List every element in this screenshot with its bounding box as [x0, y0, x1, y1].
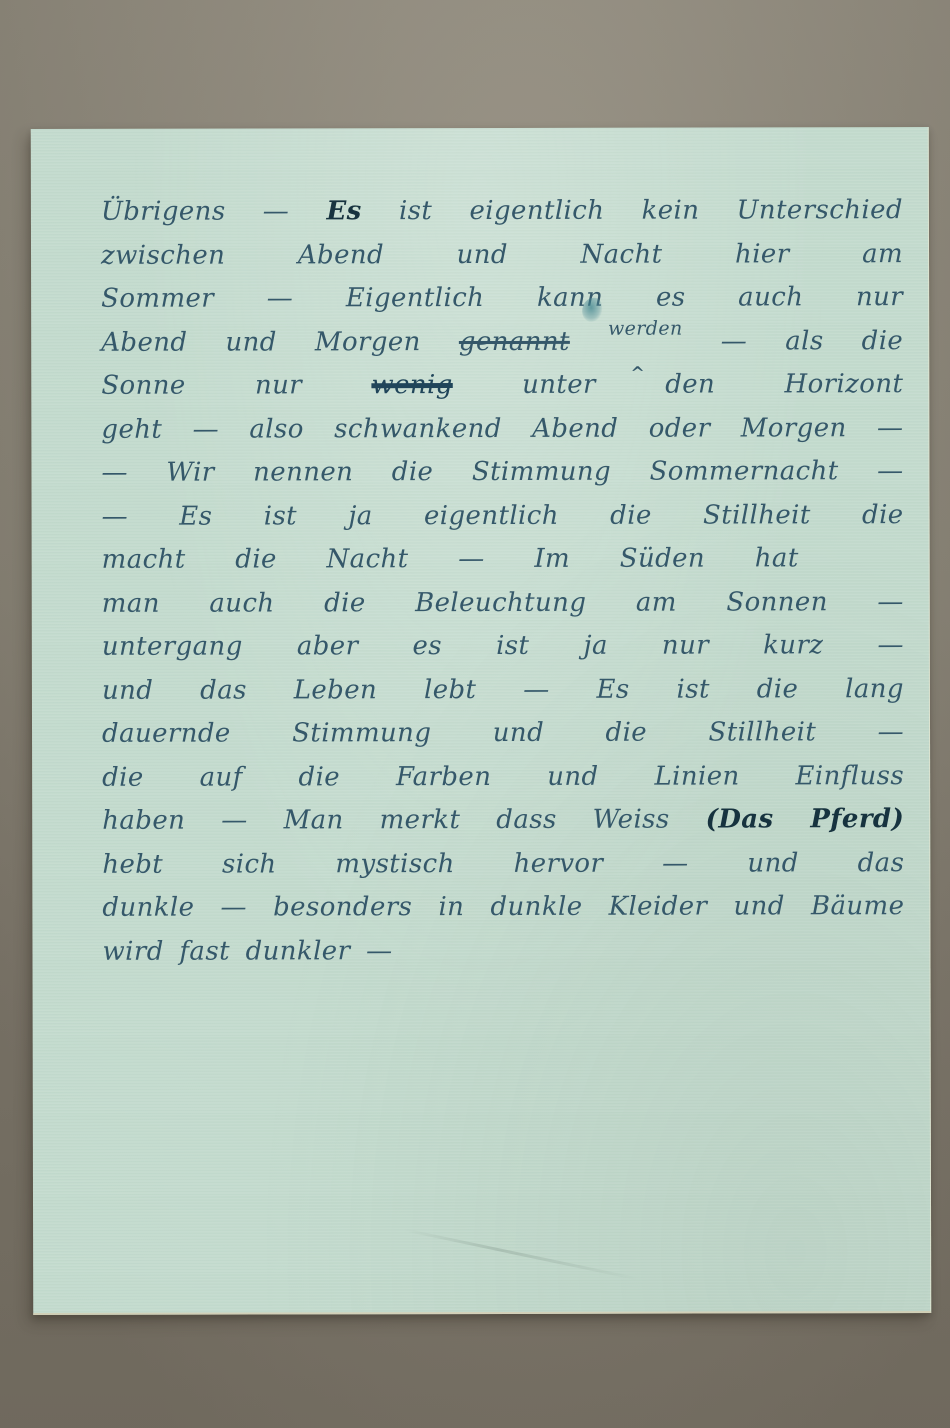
- manuscript-line: dauernde Stimmung und die Stillheit —: [102, 711, 904, 756]
- line-text: und das Leben lebt — Es ist die lang: [102, 674, 904, 706]
- photo-backdrop: Übrigens — Es ist eigentlich kein Unters…: [0, 0, 950, 1428]
- line-text: Sommer — Eigentlich kann es auch nur: [101, 282, 903, 314]
- manuscript-line: — Wir nennen die Stimmung Sommernacht —: [101, 450, 903, 495]
- emphasized-word: Es: [326, 196, 361, 226]
- line-text: unter den Horizont: [522, 369, 903, 400]
- manuscript-line: Abend und Morgen genannt werden^ — als d…: [101, 320, 903, 365]
- line-text: Sonne nur: [101, 370, 302, 400]
- manuscript-line: Sommer — Eigentlich kann es auch nur: [101, 276, 903, 321]
- manuscript-line: und das Leben lebt — Es ist die lang: [102, 668, 904, 713]
- line-text: dauernde Stimmung und die Stillheit —: [102, 717, 904, 749]
- manuscript-line: haben — Man merkt dass Weiss (Das Pferd): [102, 798, 904, 843]
- line-text: — Wir nennen die Stimmung Sommernacht —: [101, 456, 903, 488]
- line-text: Übrigens —: [101, 196, 289, 226]
- line-text: Abend und Morgen: [101, 327, 421, 358]
- manuscript-line: macht die Nacht — Im Süden hat: [102, 537, 904, 582]
- parenthetical-dark-ink: (Das Pferd): [706, 804, 905, 834]
- manuscript-line: Übrigens — Es ist eigentlich kein Unters…: [101, 189, 903, 234]
- insertion-caret-mark: ^: [630, 369, 645, 379]
- line-text: haben — Man merkt dass Weiss: [102, 805, 670, 836]
- line-text: man auch die Beleuchtung am Sonnen —: [102, 587, 904, 619]
- handwritten-text-block: Übrigens — Es ist eigentlich kein Unters…: [101, 189, 905, 974]
- scribbled-out-word: wenig: [371, 370, 452, 400]
- manuscript-page: Übrigens — Es ist eigentlich kein Unters…: [31, 127, 931, 1315]
- inserted-word-above-line: werden: [608, 323, 683, 333]
- manuscript-line: geht — also schwankend Abend oder Morgen…: [101, 407, 903, 452]
- line-text: zwischen Abend und Nacht hier am: [101, 239, 903, 271]
- line-text: geht — also schwankend Abend oder Morgen…: [101, 413, 903, 445]
- manuscript-line: wird fast dunkler —: [102, 929, 904, 974]
- manuscript-line: man auch die Beleuchtung am Sonnen —: [102, 581, 904, 626]
- manuscript-line: die auf die Farben und Linien Einfluss: [102, 755, 904, 800]
- manuscript-line: hebt sich mystisch hervor — und das: [102, 842, 904, 887]
- line-text: untergang aber es ist ja nur kurz —: [102, 630, 904, 662]
- line-text: — als die: [721, 326, 904, 356]
- line-text: macht die Nacht — Im Süden hat: [102, 543, 799, 574]
- manuscript-line: Sonne nur wenig unter den Horizont: [101, 363, 903, 408]
- manuscript-line: untergang aber es ist ja nur kurz —: [102, 624, 904, 669]
- line-text: wird fast dunkler —: [102, 936, 392, 967]
- line-text: hebt sich mystisch hervor — und das: [102, 848, 904, 880]
- paper-crease: [403, 1228, 638, 1280]
- line-text: die auf die Farben und Linien Einfluss: [102, 761, 904, 793]
- manuscript-line: dunkle — besonders in dunkle Kleider und…: [102, 885, 904, 930]
- insertion: werden^: [608, 320, 683, 364]
- line-text: — Es ist ja eigentlich die Stillheit die: [102, 500, 904, 532]
- manuscript-line: zwischen Abend und Nacht hier am: [101, 233, 903, 278]
- line-text: dunkle — besonders in dunkle Kleider und…: [102, 891, 904, 923]
- line-text: ist eigentlich kein Unterschied: [399, 195, 903, 226]
- struck-out-word: genannt: [459, 326, 570, 356]
- manuscript-line: — Es ist ja eigentlich die Stillheit die: [102, 494, 904, 539]
